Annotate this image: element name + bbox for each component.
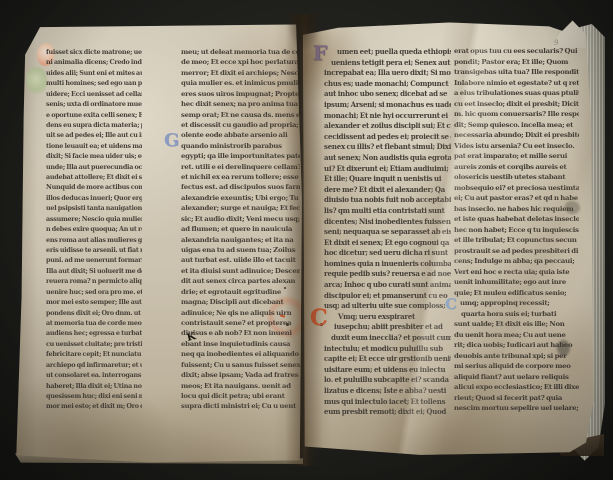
manuscript-text-line: alicui expo ecclesiastico; Et illi dixe	[454, 382, 579, 393]
manuscript-text-line: uenire huc; sed ora pro me. et me	[46, 287, 142, 297]
manuscript-text-line: alexander et zoilus discipli sui; Et cu	[324, 121, 451, 132]
manuscript-text-line: ebant inse inquietudinis causa	[181, 339, 300, 349]
manuscript-text-line: et ita diuisi sunt adinuice; Descen	[181, 266, 300, 276]
manuscript-text-line: et discessit cu gaudio ad propria;	[181, 120, 300, 130]
manuscript-text-line: erat opus tuu cu ees secularis? Qui res	[454, 46, 579, 57]
left-page: K fuisset sicx dicte matrone; uelle fier…	[14, 20, 306, 466]
manuscript-text-line: et nichil ex ea rerum tollere; esse pro	[181, 172, 300, 182]
manuscript-text-line: ut consolaret ea. interrogans quid	[46, 370, 142, 380]
manuscript-text-line: drie; et egrotauit egritudine	[181, 287, 300, 297]
manuscript-text-line: aliquid fiant? aut uelare reliquis	[454, 372, 579, 383]
manuscript-text-line: umq; appropinq recessit;	[454, 298, 579, 309]
manuscript-text-line: Inlabore nimio et egestate? ut q retabr	[454, 78, 579, 89]
manuscript-text-line: sic; Et audio dixit; Veni mecu usq;	[181, 214, 300, 224]
manuscript-text-line: olosericis uestib utetes stabant	[454, 172, 579, 183]
manuscript-text-line: necessaria abundo; Dixit ei presbiter	[454, 130, 579, 141]
manuscript-text-line: capite ei; Et ecce uir grstionib uenit	[324, 354, 451, 365]
manuscript-text-line: mor mei esto semper; Ille aut res	[46, 297, 142, 307]
manuscript-text-line: febricitare cepit; Et nunciatu est	[46, 349, 142, 359]
manuscript-text-line: contristauit sene? et propterea	[181, 318, 300, 328]
manuscript-text-line: neq qa inobedientes ei aliquando	[181, 349, 300, 359]
manuscript-text-line: cecidissent ad pedes ei; proiecit se eti…	[324, 132, 451, 143]
manuscript-text-line: a eius tribulationes suas quas ptulit	[454, 88, 579, 99]
manuscript-text-line: uit se ad pedes ei; Ille aut cu indigna	[46, 130, 142, 140]
manuscript-text-line: iusepchu; abiit presbiter et ad	[324, 322, 451, 333]
manuscript-text-line: hec non habet; Ecce q tu inquiescis	[454, 225, 579, 236]
manuscript-text-line: usq; ad ulteriu uite sue comploss;	[324, 301, 451, 312]
manuscript-text-line: ipsum; Arseni; si monachus es uade	[324, 100, 451, 111]
manuscript-text-line: e oportune exita celli senex; Et ui	[46, 110, 142, 120]
manuscript-text-line: du uenit hora mea; Cu aut uene	[454, 330, 579, 341]
manuscript-text-line: deuobis ante tribunal xpi; si per	[454, 351, 579, 362]
manuscript-text-line: senis; uxta di ordinatore muete	[46, 99, 142, 109]
manuscript-text-line: archiepo qd infirmaretur; et uenit	[46, 360, 142, 370]
manuscript-text-line: uides alii; Sunt eni et mites auitat	[46, 68, 142, 78]
manuscript-text-line: lizatus e dicens; Iste e abba? uesti	[324, 386, 451, 397]
manuscript-text-line: cu uenisset ciuitate; pre tristicia	[46, 339, 142, 349]
manuscript-text-line: tione leuauit ea; et uidens matre	[46, 141, 142, 151]
manuscript-text-line: Vides istu arsenia? Cu eet inseclo.	[454, 141, 579, 152]
manuscript-text-line: aut turbat est. uiide illo et tacuit	[181, 255, 300, 265]
manuscript-text-line: multi homines; sed ego uan ppham	[46, 78, 142, 88]
manuscript-text-line: sunt ualde; Et dixit eis ille; Non	[454, 319, 579, 330]
manuscript-text-line: dit; Semp quiesco. incella mea; et	[454, 120, 579, 131]
manuscript-text-line: et iste quas habebat deletas inseclo	[454, 214, 579, 225]
manuscript-text-line: n debes exire quoqua; An ut redi	[46, 224, 142, 234]
manuscript-text-line: pat erat imparato; et mille serui	[454, 151, 579, 162]
manuscript-text-line: fectus est. ad discipulos suos farmitas	[181, 182, 300, 192]
manuscript-text-line: seni; nequaqua se separasset ab eis;	[324, 227, 451, 238]
manuscript-text-line: eum presbit remoti; dixit ei; Quod	[324, 407, 451, 418]
manuscript-text-line: Vmq; ueru exspiraret	[324, 312, 451, 323]
manuscript-text-line: requie pedib suis? reuersa e ad noe in	[324, 269, 451, 280]
manuscript-text-line: adinuice; Ne qis ne aliquis uirn	[181, 308, 300, 318]
manuscript-text-line: unde; Illa aut puerecundia oclos non	[46, 162, 142, 172]
manuscript-text-line: magna; Discipli aut dicebant	[181, 297, 300, 307]
manuscript-text-line: illos deducas inueri; Quor ergo	[46, 193, 142, 203]
manuscript-text-line: quie; Et muleu edificatus senio;	[454, 288, 579, 299]
manuscript-text-line: alexandrie exeuntis; Ubi ergo; Tu	[181, 193, 300, 203]
manuscript-text-line: quesissem huc; dixi eni seni me	[46, 391, 142, 401]
manuscript-text-line: ens roma aut alias mulieres glori	[46, 235, 142, 245]
manuscript-text-line: hoc dicetur; sed ueru dicha ri sunt	[324, 248, 451, 259]
manuscript-text-line: at memoria tua de corde meo; Que	[46, 318, 142, 328]
manuscript-text-line: mus qui inlectulo iacet; Et tollens	[324, 397, 451, 408]
manuscript-text-line: cu eet inseclo; dixit ei presbit; Dicito	[454, 99, 579, 110]
manuscript-text-line: Et dixit ei senex; Et ego cognoui qa	[324, 238, 451, 249]
manuscript-text-line: homines quia n inuenieris columba	[324, 259, 451, 270]
manuscript-text-line: aureis zonis et corqibs aureis et	[454, 162, 579, 173]
manuscript-text-line: lo. et puluillu subcapite ei? scanda	[324, 375, 451, 386]
manuscript-text-line: ei; Cu aut pastor eras? et qd n habe	[454, 193, 579, 204]
manuscript-text-line: quando ministrorib parabus	[181, 141, 300, 151]
manuscript-text-line: senex cu illis? et flebant simul; Dixit	[324, 142, 451, 153]
manuscript-text-line: dicentes; Nisi inobedientes fuissent	[324, 217, 451, 228]
manuscript-text-line: umen eet; puella queda ethiopissa	[324, 47, 451, 58]
manuscript-text-line: mi serius aliquid de corpore meo	[454, 361, 579, 372]
manuscript-text-line: discipulor ei; et pmanserunt cu eo	[324, 291, 451, 302]
manuscript-text-line: de meo; Et ecce xpi hoc perlatura	[181, 57, 300, 67]
manuscript-text-line: Et ille; Quare inquit n uenistis ui	[324, 174, 451, 185]
green-stain	[26, 67, 47, 94]
manuscript-text-line: Vert eni hoc e recta uia; quia iste	[454, 267, 579, 278]
manuscript-text-line: Nunquid de more actibus comperasti	[46, 182, 142, 192]
manuscript-text-line: ret. utili e ei derelinquere cellam?	[181, 162, 300, 172]
text-column-left-1: fuisset sicx dicte matrone; uelle fierni…	[46, 47, 142, 412]
text-column-right-1: umen eet; puella queda ethiopissaueniens…	[324, 47, 451, 418]
manuscript-text-line: ui? Et dixerunt ei; Etiam audiuimi;	[324, 164, 451, 175]
manuscript-text-line: dere me? Et dixit ei alexander; Qa	[324, 185, 451, 196]
manuscript-text-line: uigas ena tu ad suem tua; Zoilus	[181, 245, 300, 255]
manuscript-text-line: intectulu; et modicu puluillu sub	[324, 344, 451, 355]
text-column-right-2: erat opus tuu cu ees secularis? Qui resp…	[454, 46, 579, 414]
manuscript-text-line: chus es; uade monachi; Compunct	[324, 79, 451, 90]
manuscript-text-line: ueniens tetigit pera ei; Senex aut	[324, 58, 451, 69]
manuscript-text-line: Illa aut dixit; Si uoluerit me de	[46, 266, 142, 276]
manuscript-text-line: olente eode abbate arsenio ali	[181, 130, 300, 140]
manuscript-text-line: puni. ad me uenerunt formarii;	[46, 255, 142, 265]
right-page: 9 F C umen eet; puella queda ethiopissau…	[303, 18, 596, 462]
manuscript-text-line: dixit; abse ipsam; Vada ad fratres	[181, 370, 300, 380]
manuscript-text-line: dixit; Si facie mea uider uis; ecce	[46, 151, 142, 161]
manuscript-text-line: ni animalia dicens; Credo inderit qa	[46, 57, 142, 67]
manuscript-text-line: pondit; Pastor era; Et ille; Quom	[454, 57, 579, 68]
manuscript-text-line: monachi; Et nie hyi occurrerunt ei	[324, 111, 451, 122]
manuscript-text-line: ad flumen; et quere in nauicula	[181, 224, 300, 234]
manuscript-text-line: semp orat; Et ne causa ds. mens ei	[181, 110, 300, 120]
manuscript-text-line: meos; Et ita nauigans. uenit ad	[181, 381, 300, 391]
manuscript-text-line: eris uidisse te arsenii. ut fiat mare	[46, 245, 142, 255]
manuscript-text-line: fuissent; Cu u sanus fuisset senex;	[181, 360, 300, 370]
manuscript-text-line: prostrauit se ad pedes presbiteri di	[454, 246, 579, 257]
manuscript-text-line: alexander; surge et nauiga; Et fecit	[181, 203, 300, 213]
manuscript-text-line: audebat attollere; Et dixit ei senex;	[46, 172, 142, 182]
text-column-left-2: meu; ut deleat memoria tua de corde meo;…	[181, 47, 300, 412]
manuscript-text-line: dens eu supra dicta materia; pstra	[46, 120, 142, 130]
manuscript-text-line: uisitare eum; et uidens eu inlectu	[324, 365, 451, 376]
manuscript-text-line: fuisset sicx dicte matrone; uelle fier	[46, 47, 142, 57]
manuscript-text-line: duxit eum inecclia? et posuit cum	[324, 333, 451, 344]
manuscript-text-line: locu qui dicit petra; ubi erant	[181, 391, 300, 401]
manuscript-text-line: reuera roma? n permicto aliquem	[46, 276, 142, 286]
manuscript-text-line: hec dixit senex; na pro anima tua	[181, 99, 300, 109]
manuscript-text-line: mobsequio ei? et preciosa uestimta	[454, 183, 579, 194]
manuscript-text-line: nescim mortuu sepelire uel uelare;	[454, 403, 579, 414]
manuscript-text-line: dit aut senex circa partes alexan	[181, 276, 300, 286]
manuscript-text-line: audiens hec; egressa e turbata; Et	[46, 328, 142, 338]
manuscript-text-line: supra dicti ministri ei; Cu u uent	[181, 401, 300, 411]
manuscript-text-line: alexandria nauigantes; et ita na	[181, 235, 300, 245]
manuscript-text-line: bas inseclo. ne habes hic requiem	[454, 204, 579, 215]
manuscript-text-line: transigebas uita tua? Ille respondit;	[454, 67, 579, 78]
manuscript-text-line: eres suos uiros impugnat; Propterea	[181, 89, 300, 99]
manuscript-text-line: diuisio tua nobis fuit nob acceptabi	[324, 195, 451, 206]
manuscript-text-line: uenit inhumilitate; ego aut inre	[454, 277, 579, 288]
manuscript-text-line: increpabat ea; Illa uero dixit; Si mona	[324, 68, 451, 79]
manuscript-text-line: quia mulier es. et inimicus pmuli	[181, 78, 300, 88]
manuscript-text-line: arca; Inhoc q ubo curati sunt anima	[324, 280, 451, 291]
manuscript-text-line: rit; dica uobis; Iudicari aut habeo	[454, 340, 579, 351]
manuscript-text-line: cens; Indulge m abba; qa peccaui;	[454, 256, 579, 267]
manuscript-text-line: m. hic quom conuersaris? Ille respon	[454, 109, 579, 120]
manuscript-text-line: aut inhoc ubo senex; dicebat ad se	[324, 89, 451, 100]
manuscript-text-line: egypti; qa ille importunitates pate	[181, 151, 300, 161]
manuscript-text-line: uidere; Ecci uenisset ad cellam eiusde	[46, 89, 142, 99]
manuscript-text-line: quarta hora suis ei; turbati	[454, 309, 579, 320]
manuscript-text-line: haberet; Illa dixit ei; Utina non	[46, 381, 142, 391]
manuscript-text-line: et ille tribulat; Et copunctus secun	[454, 235, 579, 246]
manuscript-text-line: merror; Et dixit ei archieps; Nescis	[181, 68, 300, 78]
manuscript-text-line: uel psipsisti tanta nauigationem	[46, 203, 142, 213]
illuminated-initial-G: G	[164, 132, 179, 150]
manuscript-text-line: diuisus e ab nob? Et non inueni	[181, 328, 300, 338]
manuscript-text-line: mor mei esto; et dixit m; Oro dnm	[46, 401, 142, 411]
manuscript-text-line: aut senex; Non audistis quia egrota	[324, 153, 451, 164]
manuscript-text-line: meu; ut deleat memoria tua de cor	[181, 47, 300, 57]
manuscript-text-line: pondens dixit ei; Oro dnm. ut dele	[46, 308, 142, 318]
manuscript-text-line: lis? qm multi etia contristati sunt	[324, 206, 451, 217]
manuscript-photo: K fuisset sicx dicte matrone; uelle fier…	[0, 0, 613, 480]
manuscript-text-line: assumere; Nescio quia mulier es. et	[46, 214, 142, 224]
manuscript-text-line: rieut; Quod si fecerit pat? quia	[454, 393, 579, 404]
